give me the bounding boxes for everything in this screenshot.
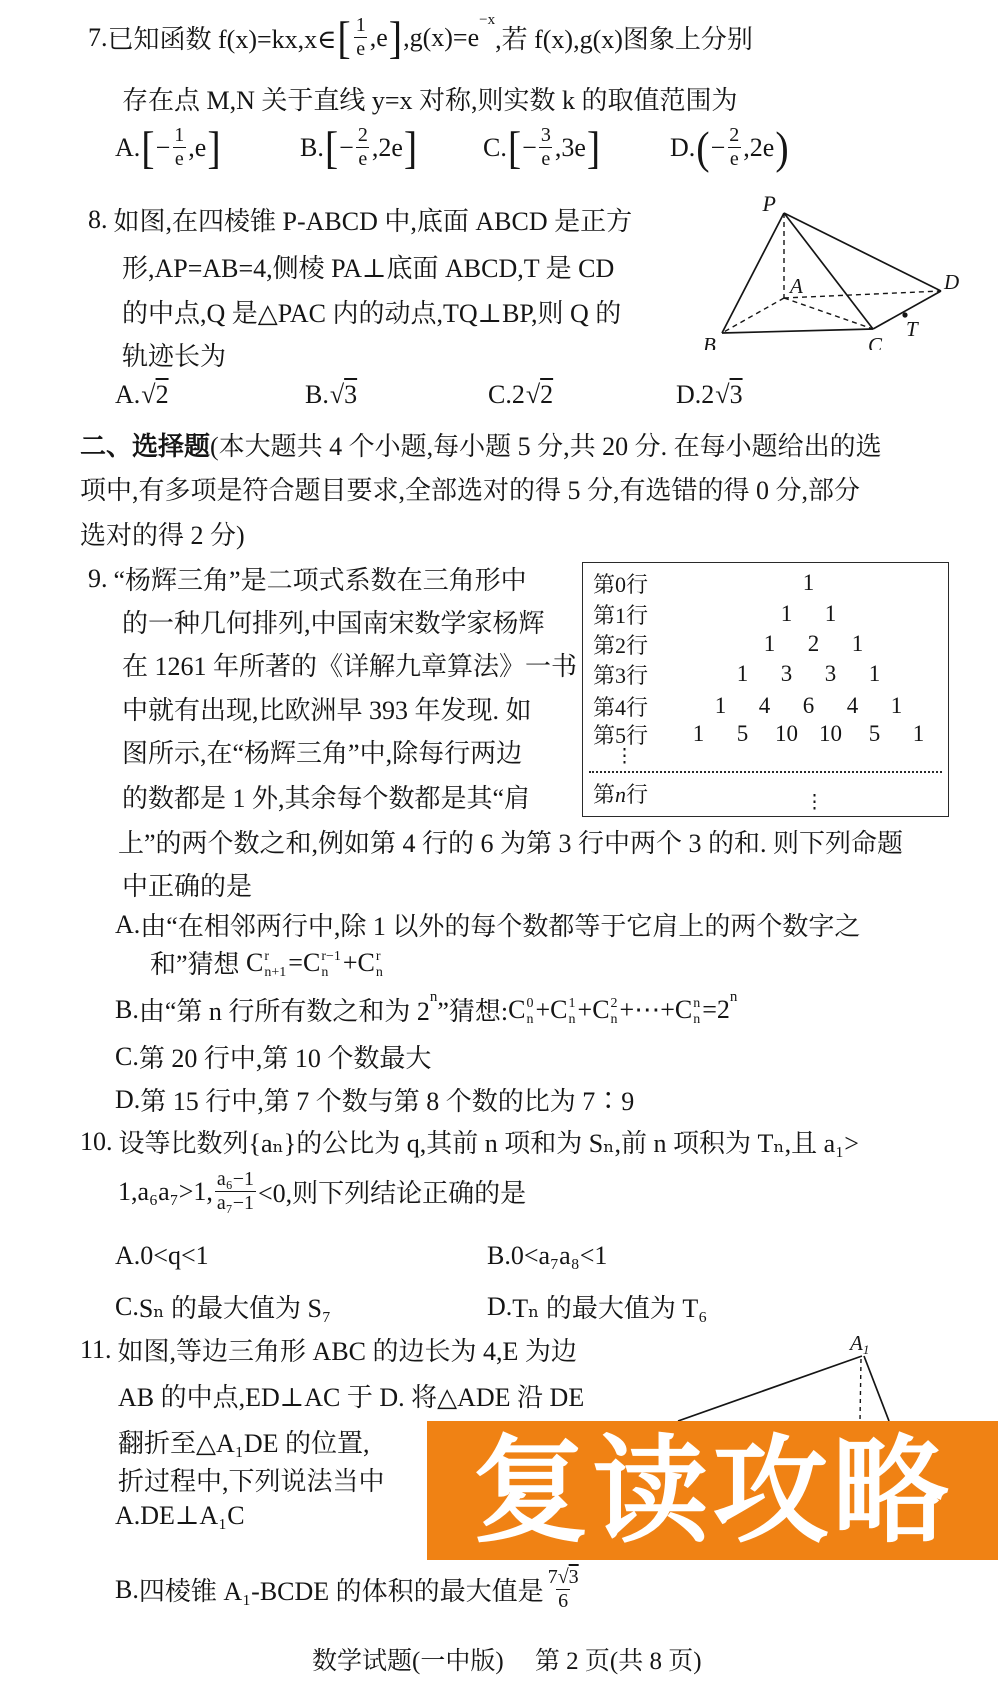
vertex-label-d: D — [943, 270, 959, 294]
q9-line4: 中就有出现,比欧洲早 393 年发现. 如 — [122, 690, 532, 727]
q10-option-d: D.Tₙ 的最大值为 T₆ — [487, 1288, 707, 1325]
q8-option-d: D.2√3 — [676, 380, 743, 410]
vertex-label-c: C — [868, 333, 883, 350]
table-row: 第1行 11 — [593, 598, 942, 630]
binomial-coefficient: Crn+1 — [246, 947, 288, 978]
q8-number: 8. — [88, 205, 108, 235]
q9-line8: 中正确的是 — [122, 866, 252, 903]
sqrt-sign: √ — [141, 380, 155, 410]
watermark-text: 复读攻略 — [473, 1433, 953, 1549]
section2-header-line1: 二、选择题 (本大题共 4 个小题,每小题 5 分,共 20 分. 在每小题给出… — [80, 426, 882, 463]
q9-line1: 9.“杨辉三角”是二项式系数在三角形中 — [88, 560, 527, 597]
q11-line1: 11.如图,等边三角形 ABC 的边长为 4,E 为边 — [80, 1331, 577, 1368]
table-row-n: 第n行 — [593, 777, 942, 809]
q10-option-c: C.Sₙ 的最大值为 S₇ — [115, 1288, 331, 1325]
q8-option-c: C.2√2 — [488, 380, 553, 410]
q7-line1: 7. 已知函数 f(x)=kx,x∈ [ 1 e ,e ] ,g(x)=e −x… — [88, 14, 753, 61]
q8-pyramid-figure: P A B C D T — [648, 190, 970, 350]
q11-line3: 翻折至△A₁DE 的位置, — [118, 1423, 370, 1460]
vertex-label-a: A — [788, 274, 803, 298]
yanghui-triangle-table: 第0行 1 第1行 11 121 第2行 第3行 1331 第4行 14641 … — [582, 562, 949, 817]
table-row: 121 第2行 — [593, 628, 942, 660]
open-bracket: [ — [337, 15, 350, 61]
sqrt-sign: √ — [715, 380, 729, 410]
q11-line2: AB 的中点,ED⊥AC 于 D. 将△ADE 沿 DE — [118, 1377, 584, 1414]
q7-option-a: A. [ − 1e ,e ] — [115, 124, 222, 171]
point-label-t: T — [906, 317, 919, 341]
fraction-1-over-e: 1 e — [354, 14, 368, 61]
section2-header-line2: 项中,有多项是符合题目要求,全部选对的得 5 分,有选错的得 0 分,部分 — [80, 470, 860, 507]
q8-line4: 轨迹长为 — [122, 336, 226, 373]
vertex-label-a1: A1 — [848, 1331, 869, 1357]
page-footer: 数学试题(一中版) 第 2 页(共 8 页) — [312, 1641, 702, 1677]
binomial-coefficient: Crn — [358, 947, 385, 978]
q9-option-d: D.第 15 行中,第 7 个数与第 8 个数的比为 7∶9 — [115, 1081, 634, 1118]
q10-line1: 10.设等比数列{aₙ}的公比为 q,其前 n 项和为 Sₙ,前 n 项积为 T… — [80, 1123, 859, 1160]
q8-option-b: B.√3 — [305, 380, 357, 410]
q7-option-c: C. [ − 3e ,3e ] — [483, 124, 601, 171]
watermark-banner: 复读攻略 — [427, 1421, 998, 1560]
binomial-coefficient: Cr−1n — [303, 947, 343, 978]
table-row: 第0行 1 — [593, 567, 942, 599]
q7-number: 7. — [88, 23, 108, 53]
q10-line2: 1,a₆a₇>1, a₆−1 a₇−1 <0,则下列结论正确的是 — [118, 1168, 526, 1215]
fraction: a₆−1 a₇−1 — [215, 1168, 256, 1215]
q9-option-c: C.第 20 行中,第 10 个数最大 — [115, 1038, 431, 1075]
q10-number: 10. — [80, 1127, 113, 1157]
exponent: −x — [479, 12, 495, 29]
q8-option-a: A.√2 — [115, 380, 169, 410]
dotted-separator — [589, 771, 942, 773]
close-bracket: ] — [389, 15, 402, 61]
q8-line2: 形,AP=AB=4,侧棱 PA⊥底面 ABCD,T 是 CD — [122, 248, 614, 285]
table-row: 第3行 1331 — [593, 658, 942, 690]
q7-option-d: D. ( − 2e ,2e ) — [670, 124, 790, 171]
q9-line2: 的一种几何排列,中国南宋数学家杨辉 — [122, 603, 545, 640]
exam-page: 7. 已知函数 f(x)=kx,x∈ [ 1 e ,e ] ,g(x)=e −x… — [0, 0, 1000, 1701]
sqrt-sign: √ — [526, 380, 540, 410]
section2-title: 二、选择题 — [80, 426, 210, 463]
vertex-label-p: P — [762, 191, 776, 216]
q11-option-a: A.DE⊥A₁C — [115, 1501, 245, 1531]
q11-number: 11. — [80, 1335, 112, 1365]
q11-fold-figure: A1 — [640, 1325, 900, 1421]
sqrt-sign: √ — [330, 380, 344, 410]
binomial-coefficient: C1n — [550, 994, 577, 1025]
q11-line4: 折过程中,下列说法当中 — [118, 1461, 385, 1498]
table-row: 第5行 15101051 — [593, 718, 942, 750]
binomial-coefficient: C2n — [592, 994, 619, 1025]
binomial-coefficient: C0n — [508, 994, 535, 1025]
fraction: 7√3 6 — [546, 1566, 581, 1613]
q11-option-b: B.四棱锥 A₁-BCDE 的体积的最大值是 7√3 6 — [115, 1566, 583, 1613]
vertex-label-b: B — [703, 333, 716, 350]
binomial-coefficient: Cnn — [675, 994, 702, 1025]
q9-line7: 上”的两个数之和,例如第 4 行的 6 为第 3 行中两个 3 的和. 则下列命… — [118, 823, 903, 860]
q7-line2: 存在点 M,N 关于直线 y=x 对称,则实数 k 的取值范围为 — [122, 80, 738, 117]
q9-option-b: B. 由“第 n 行所有数之和为 2n”猜想: C0n + C1n + C2n … — [115, 991, 737, 1028]
section2-header-line3: 选对的得 2 分) — [80, 515, 245, 552]
q10-option-b: B.0<a₇a₈<1 — [487, 1241, 607, 1271]
q9-option-a-line2: 和”猜想 Crn+1 = Cr−1n + Crn — [150, 944, 385, 981]
q9-line5: 图所示,在“杨辉三角”中,除每行两边 — [122, 733, 522, 770]
q8-line1: 8. 如图,在四棱锥 P-ABCD 中,底面 ABCD 是正方 — [88, 201, 632, 238]
q10-option-a: A.0<q<1 — [115, 1241, 209, 1271]
q9-line6: 的数都是 1 外,其余每个数都是其“肩 — [122, 778, 530, 815]
q9-option-a-line1: A.由“在相邻两行中,除 1 以外的每个数都等于它肩上的两个数字之 — [115, 906, 860, 943]
q8-line3: 的中点,Q 是△PAC 内的动点,TQ⊥BP,则 Q 的 — [122, 293, 621, 330]
q9-number: 9. — [88, 564, 108, 594]
vertical-ellipsis: ⋮ — [805, 791, 824, 814]
vertical-ellipsis: ⋮ — [615, 745, 634, 768]
q7-option-b: B. [ − 2e ,2e ] — [300, 124, 418, 171]
q9-line3: 在 1261 年所著的《详解九章算法》一书 — [122, 646, 577, 683]
